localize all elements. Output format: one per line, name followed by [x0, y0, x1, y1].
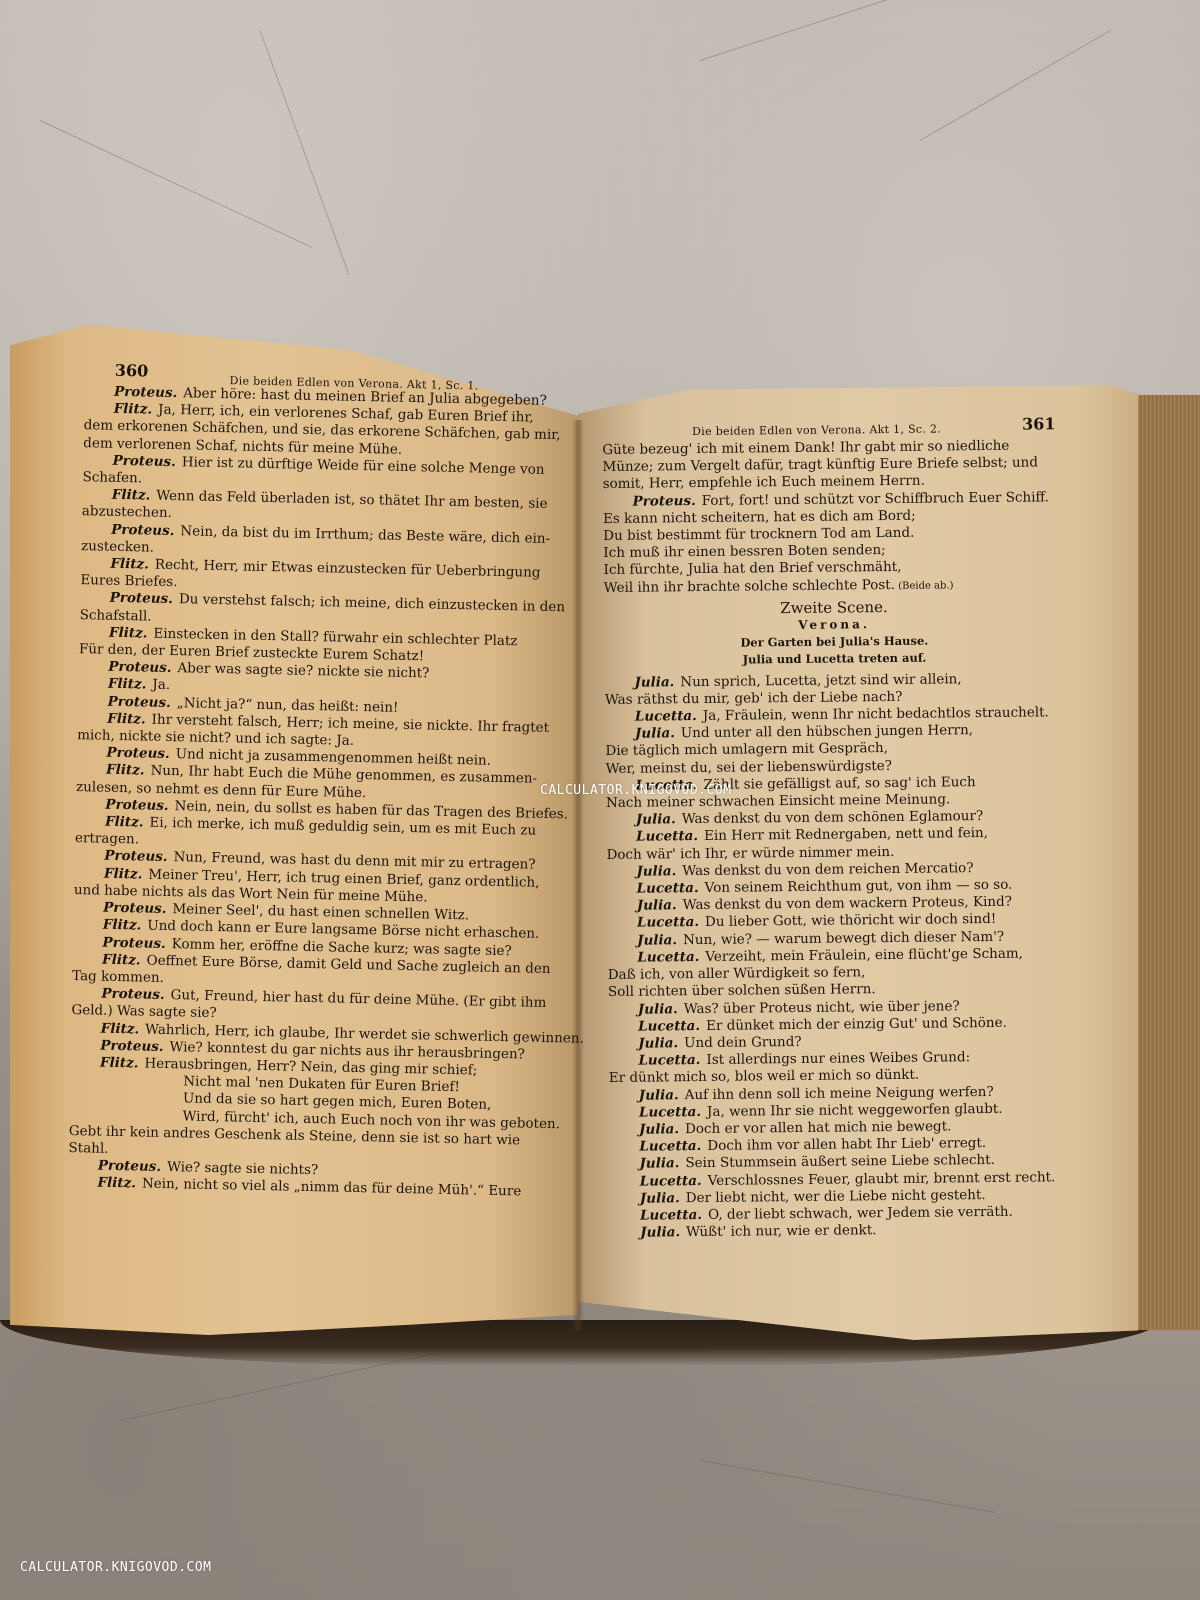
- line-text: Tag kommen.: [72, 968, 164, 986]
- line-text: Was denkst du von dem wackern Proteus, K…: [683, 894, 1012, 913]
- speaker-name: Flitz.: [107, 711, 146, 728]
- speaker-name: Julia.: [639, 1121, 679, 1137]
- line-text: Es kann nicht scheitern, hat es dich am …: [603, 508, 916, 527]
- book-fore-edge: [1135, 395, 1200, 1330]
- speaker-name: Lucetta.: [638, 1052, 700, 1069]
- speaker-name: Lucetta.: [640, 1207, 702, 1224]
- speaker-name: Lucetta.: [637, 949, 699, 966]
- line-text: Sein Stummsein äußert seine Liebe schlec…: [685, 1152, 995, 1171]
- line-text: Doch wär' ich Ihr, er würde nimmer mein.: [606, 844, 894, 863]
- line-text: Daß ich, von aller Würdigkeit so fern,: [608, 964, 866, 983]
- line-text: Schafen.: [82, 469, 142, 486]
- line-text: Eures Briefes.: [80, 572, 177, 590]
- speaker-name: Proteus.: [106, 745, 170, 762]
- speaker-name: Proteus.: [108, 659, 172, 676]
- line-text: Ist allerdings nur eines Weibes Grund:: [706, 1049, 970, 1068]
- speaker-name: Julia.: [635, 726, 675, 742]
- line-text: Ja, Fräulein, wenn Ihr nicht bedachtlos …: [703, 704, 1049, 724]
- speaker-name: Proteus.: [102, 934, 166, 951]
- right-page-lines-bottom: Julia.Nun sprich, Lucetta, jetzt sind wi…: [605, 670, 1071, 1242]
- line-text: Ich fürchte, Julia hat den Brief verschm…: [603, 559, 901, 578]
- line-text: abzustechen.: [82, 504, 172, 522]
- line-text: Wer, meinst du, sei der liebenswürdigste…: [606, 758, 893, 777]
- line-text: Münze; zum Vergelt dafür, tragt künftig …: [602, 455, 1038, 476]
- speaker-name: Flitz.: [100, 1055, 139, 1072]
- line-text: Geld.) Was sagte sie?: [71, 1002, 217, 1021]
- line-text: Wüßt' ich nur, wie er denkt.: [686, 1222, 877, 1240]
- speaker-name: Lucetta.: [635, 708, 697, 725]
- left-page-lines: Proteus.Aber höre: hast du meinen Brief …: [13, 382, 570, 1202]
- line-text: Und unter all den hübschen jungen Herrn,: [681, 722, 973, 741]
- speaker-name: Proteus.: [104, 848, 168, 865]
- line-text: Er dünket mich der einzig Gut' und Schön…: [706, 1014, 1007, 1033]
- speaker-name: Julia.: [638, 1001, 678, 1017]
- line-text: Von seinem Reichthum gut, von ihm — so s…: [705, 877, 1013, 896]
- line-text: Verzeiht, mein Fräulein, eine flücht'ge …: [705, 946, 1023, 965]
- speaker-name: Julia.: [637, 932, 677, 948]
- line-text: Schafstall.: [80, 607, 152, 625]
- page-number: 360: [115, 362, 149, 380]
- line-text: O, der liebt schwach, wer Jedem sie verr…: [708, 1204, 1013, 1223]
- speaker-name: Julia.: [640, 1224, 680, 1240]
- line-text: Und dein Grund?: [684, 1034, 802, 1051]
- speaker-name: Julia.: [634, 674, 674, 690]
- line-text: Der liebt nicht, wer die Liebe nicht ges…: [686, 1187, 986, 1206]
- speaker-name: Lucetta.: [638, 1018, 700, 1035]
- speaker-name: Lucetta.: [639, 1104, 701, 1121]
- line-text: Verschlossnes Feuer, glaubt mir, brennt …: [708, 1169, 1056, 1189]
- speaker-name: Proteus.: [632, 493, 695, 510]
- line-text: ertragen.: [75, 830, 139, 847]
- speaker-name: Lucetta.: [637, 880, 699, 897]
- line-text: Ja, wenn Ihr sie nicht weggeworfen glaub…: [707, 1101, 1003, 1120]
- line-text: Was denkst du von dem reichen Mercatio?: [682, 860, 973, 879]
- speaker-name: Flitz.: [112, 487, 151, 504]
- speaker-name: Flitz.: [105, 814, 144, 831]
- speaker-name: Proteus.: [101, 986, 165, 1003]
- speaker-name: Proteus.: [110, 590, 174, 607]
- speaker-name: Julia.: [639, 1087, 679, 1103]
- line-text: Fort, fort! und schützt vor Schiffbruch …: [702, 489, 1049, 509]
- line-text: Ein Herr mit Rednergaben, nett und fein,: [704, 825, 988, 844]
- speaker-name: Proteus.: [112, 453, 176, 470]
- speaker-name: Proteus.: [105, 797, 169, 814]
- line-text: zustecken.: [81, 538, 154, 556]
- speaker-name: Lucetta.: [637, 914, 699, 931]
- right-page-lines-top: Güte bezeug' ich mit einem Dank! Ihr gab…: [602, 437, 1064, 598]
- speaker-name: Flitz.: [102, 951, 141, 968]
- line-text: Was denkst du von dem schönen Eglamour?: [682, 808, 984, 827]
- line-text: Ich muß ihr einen bessren Boten senden;: [603, 542, 885, 561]
- speaker-name: Flitz.: [103, 917, 142, 934]
- speaker-name: Julia.: [639, 1156, 679, 1172]
- page-number: 361: [1022, 415, 1056, 433]
- speaker-name: Julia.: [640, 1190, 680, 1206]
- speaker-name: Flitz.: [97, 1175, 136, 1192]
- line-text: Nun sprich, Lucetta, jetzt sind wir alle…: [680, 671, 961, 690]
- watermark-bottom-left: CALCULATOR.KNIGOVOD.COM: [20, 1560, 212, 1575]
- speaker-name: Proteus.: [100, 1037, 164, 1054]
- speaker-name: Flitz.: [106, 762, 145, 779]
- scene-entrance: Julia und Lucetta treten auf.: [604, 649, 1064, 671]
- speaker-name: Julia.: [636, 863, 676, 879]
- line-text: Stahl.: [68, 1140, 108, 1157]
- text-line: Weil ihn ihr brachte solche schlechte Po…: [604, 575, 1064, 598]
- line-text: Weil ihn ihr brachte solche schlechte Po…: [604, 577, 895, 596]
- speaker-name: Flitz.: [104, 865, 143, 882]
- watermark-center: CALCULATOR.KNIGOVOD.COM: [540, 783, 732, 798]
- speaker-name: Flitz.: [101, 1020, 140, 1037]
- speaker-name: Julia.: [637, 898, 677, 914]
- right-page-text: Die beiden Edlen von Verona. Akt 1, Sc. …: [602, 415, 1071, 1242]
- line-text: Was räthst du mir, geb' ich der Liebe na…: [605, 689, 903, 708]
- running-head: Die beiden Edlen von Verona. Akt 1, Sc. …: [692, 420, 941, 440]
- speaker-name: Flitz.: [110, 556, 149, 573]
- speaker-name: Lucetta.: [636, 828, 698, 845]
- line-text: Nun, wie? — warum bewegt dich dieser Nam…: [683, 929, 1004, 948]
- line-text: Soll richten über solchen süßen Herrn.: [608, 981, 876, 1000]
- line-text: somit, Herr, empfehle ich Euch meinem He…: [603, 473, 925, 492]
- speaker-name: Lucetta.: [639, 1138, 701, 1155]
- speaker-name: Lucetta.: [640, 1173, 702, 1190]
- speaker-name: Julia.: [638, 1035, 678, 1051]
- line-text: Doch ihm vor allen habt Ihr Lieb' erregt…: [707, 1135, 986, 1154]
- left-page-text: 360 Die beiden Edlen von Verona. Akt 1, …: [13, 360, 570, 1202]
- speaker-name: Proteus.: [103, 900, 167, 917]
- open-book: 360 Die beiden Edlen von Verona. Akt 1, …: [0, 0, 1200, 1600]
- speaker-name: Proteus.: [111, 521, 175, 538]
- speaker-name: Flitz.: [114, 401, 153, 418]
- line-text: Wie? sagte sie nichts?: [167, 1159, 318, 1178]
- line-text: Er dünkt mich so, blos weil er mich so d…: [609, 1067, 919, 1086]
- book-gutter: [572, 420, 584, 1330]
- speaker-name: Proteus.: [107, 693, 171, 710]
- line-text: Du bist bestimmt für trocknern Tod am La…: [603, 525, 914, 544]
- speaker-name: Flitz.: [108, 676, 147, 693]
- line-text: Doch er vor allen hat mich nie bewegt.: [685, 1118, 951, 1137]
- line-text: Die täglich mich umlagern mit Gespräch,: [605, 740, 888, 759]
- stage-direction: (Beide ab.): [895, 580, 954, 592]
- line-text: Du lieber Gott, wie thöricht wir doch si…: [705, 911, 996, 930]
- line-text: Ja.: [152, 677, 170, 693]
- line-text: Zählt sie gefälligst auf, so sag' ich Eu…: [703, 774, 975, 793]
- speaker-name: Julia.: [636, 812, 676, 828]
- speaker-name: Proteus.: [98, 1158, 162, 1175]
- speaker-name: Proteus.: [114, 384, 178, 401]
- line-text: Was? über Proteus nicht, wie über jene?: [684, 998, 960, 1017]
- speaker-name: Flitz.: [109, 625, 148, 642]
- line-text: Auf ihn denn soll ich meine Neigung werf…: [685, 1083, 994, 1102]
